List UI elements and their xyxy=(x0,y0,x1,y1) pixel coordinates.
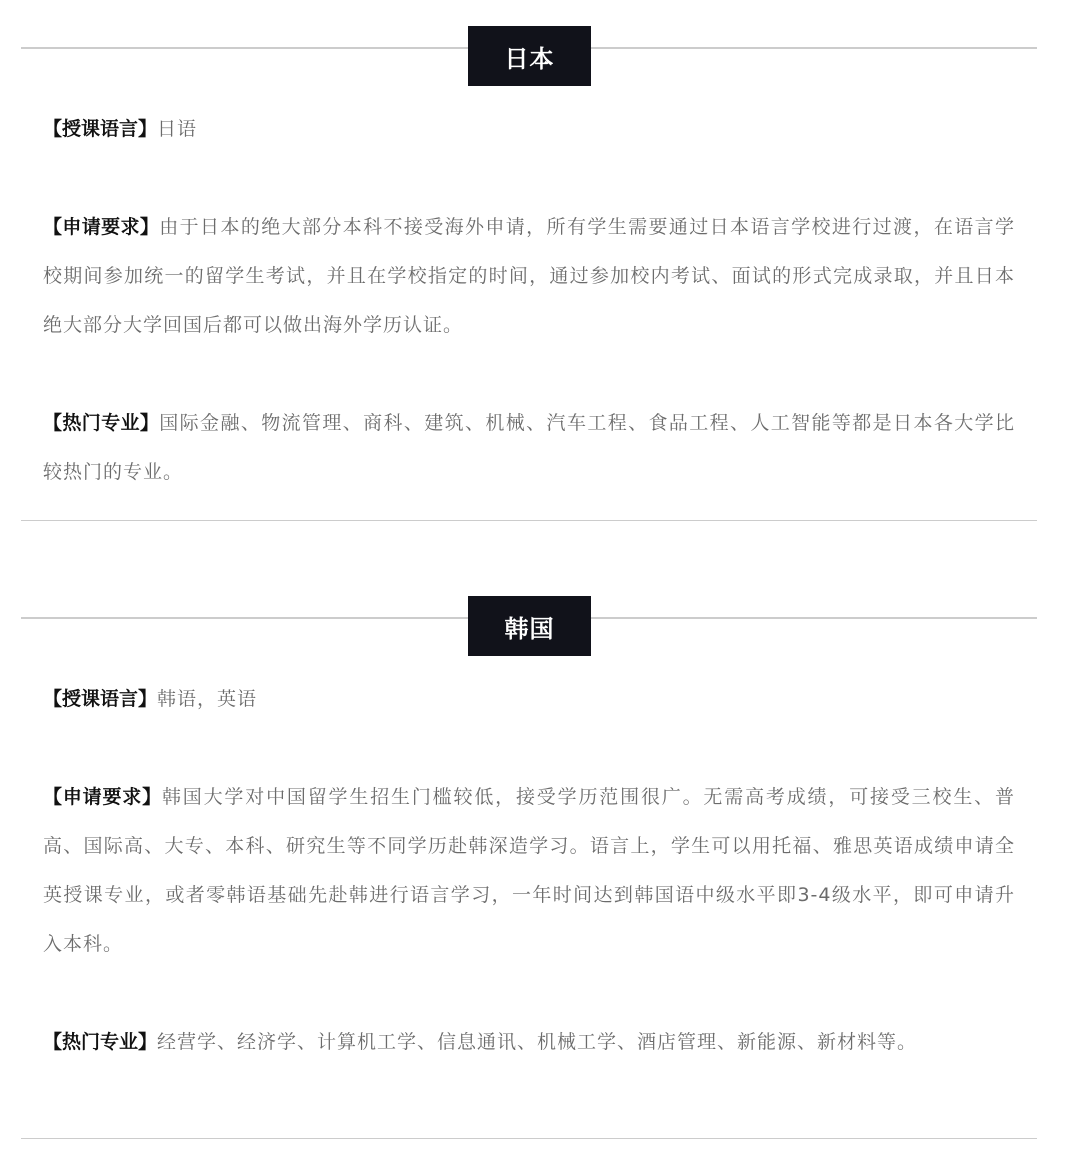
teaching-language: 【授课语言】韩语，英语 xyxy=(21,675,1037,724)
teaching-language-label: 【授课语言】 xyxy=(43,688,157,710)
section-title: 日本 xyxy=(468,26,591,86)
popular-majors-text: 国际金融、物流管理、商科、建筑、机械、汽车工程、食品工程、人工智能等都是日本各大… xyxy=(43,412,1015,483)
application-requirements-text: 韩国大学对中国留学生招生门槛较低，接受学历范围很广。无需高考成绩，可接受三校生、… xyxy=(43,786,1015,955)
section-title: 韩国 xyxy=(468,596,591,656)
popular-majors-label: 【热门专业】 xyxy=(43,1031,157,1053)
teaching-language-value: 日语 xyxy=(157,118,197,140)
section-korea: 韩国 【授课语言】韩语，英语 【申请要求】韩国大学对中国留学生招生门槛较低，接受… xyxy=(21,596,1037,1067)
popular-majors-text: 经营学、经济学、计算机工学、信息通讯、机械工学、酒店管理、新能源、新材料等。 xyxy=(157,1031,917,1053)
application-requirements-text: 由于日本的绝大部分本科不接受海外申请，所有学生需要通过日本语言学校进行过渡，在语… xyxy=(43,216,1015,336)
teaching-language-value: 韩语，英语 xyxy=(157,688,257,710)
section-divider xyxy=(21,520,1037,521)
section-japan: 日本 【授课语言】日语 【申请要求】由于日本的绝大部分本科不接受海外申请，所有学… xyxy=(21,26,1037,497)
teaching-language: 【授课语言】日语 xyxy=(21,105,1037,154)
application-requirements-label: 【申请要求】 xyxy=(43,786,162,808)
section-divider xyxy=(21,1138,1037,1139)
popular-majors: 【热门专业】经营学、经济学、计算机工学、信息通讯、机械工学、酒店管理、新能源、新… xyxy=(21,1018,1037,1067)
section-title-row: 韩国 xyxy=(21,596,1037,656)
application-requirements: 【申请要求】由于日本的绝大部分本科不接受海外申请，所有学生需要通过日本语言学校进… xyxy=(21,203,1037,350)
popular-majors-label: 【热门专业】 xyxy=(43,412,159,434)
section-title-row: 日本 xyxy=(21,26,1037,86)
application-requirements: 【申请要求】韩国大学对中国留学生招生门槛较低，接受学历范围很广。无需高考成绩，可… xyxy=(21,773,1037,969)
popular-majors: 【热门专业】国际金融、物流管理、商科、建筑、机械、汽车工程、食品工程、人工智能等… xyxy=(21,399,1037,497)
teaching-language-label: 【授课语言】 xyxy=(43,118,157,140)
application-requirements-label: 【申请要求】 xyxy=(43,216,159,238)
